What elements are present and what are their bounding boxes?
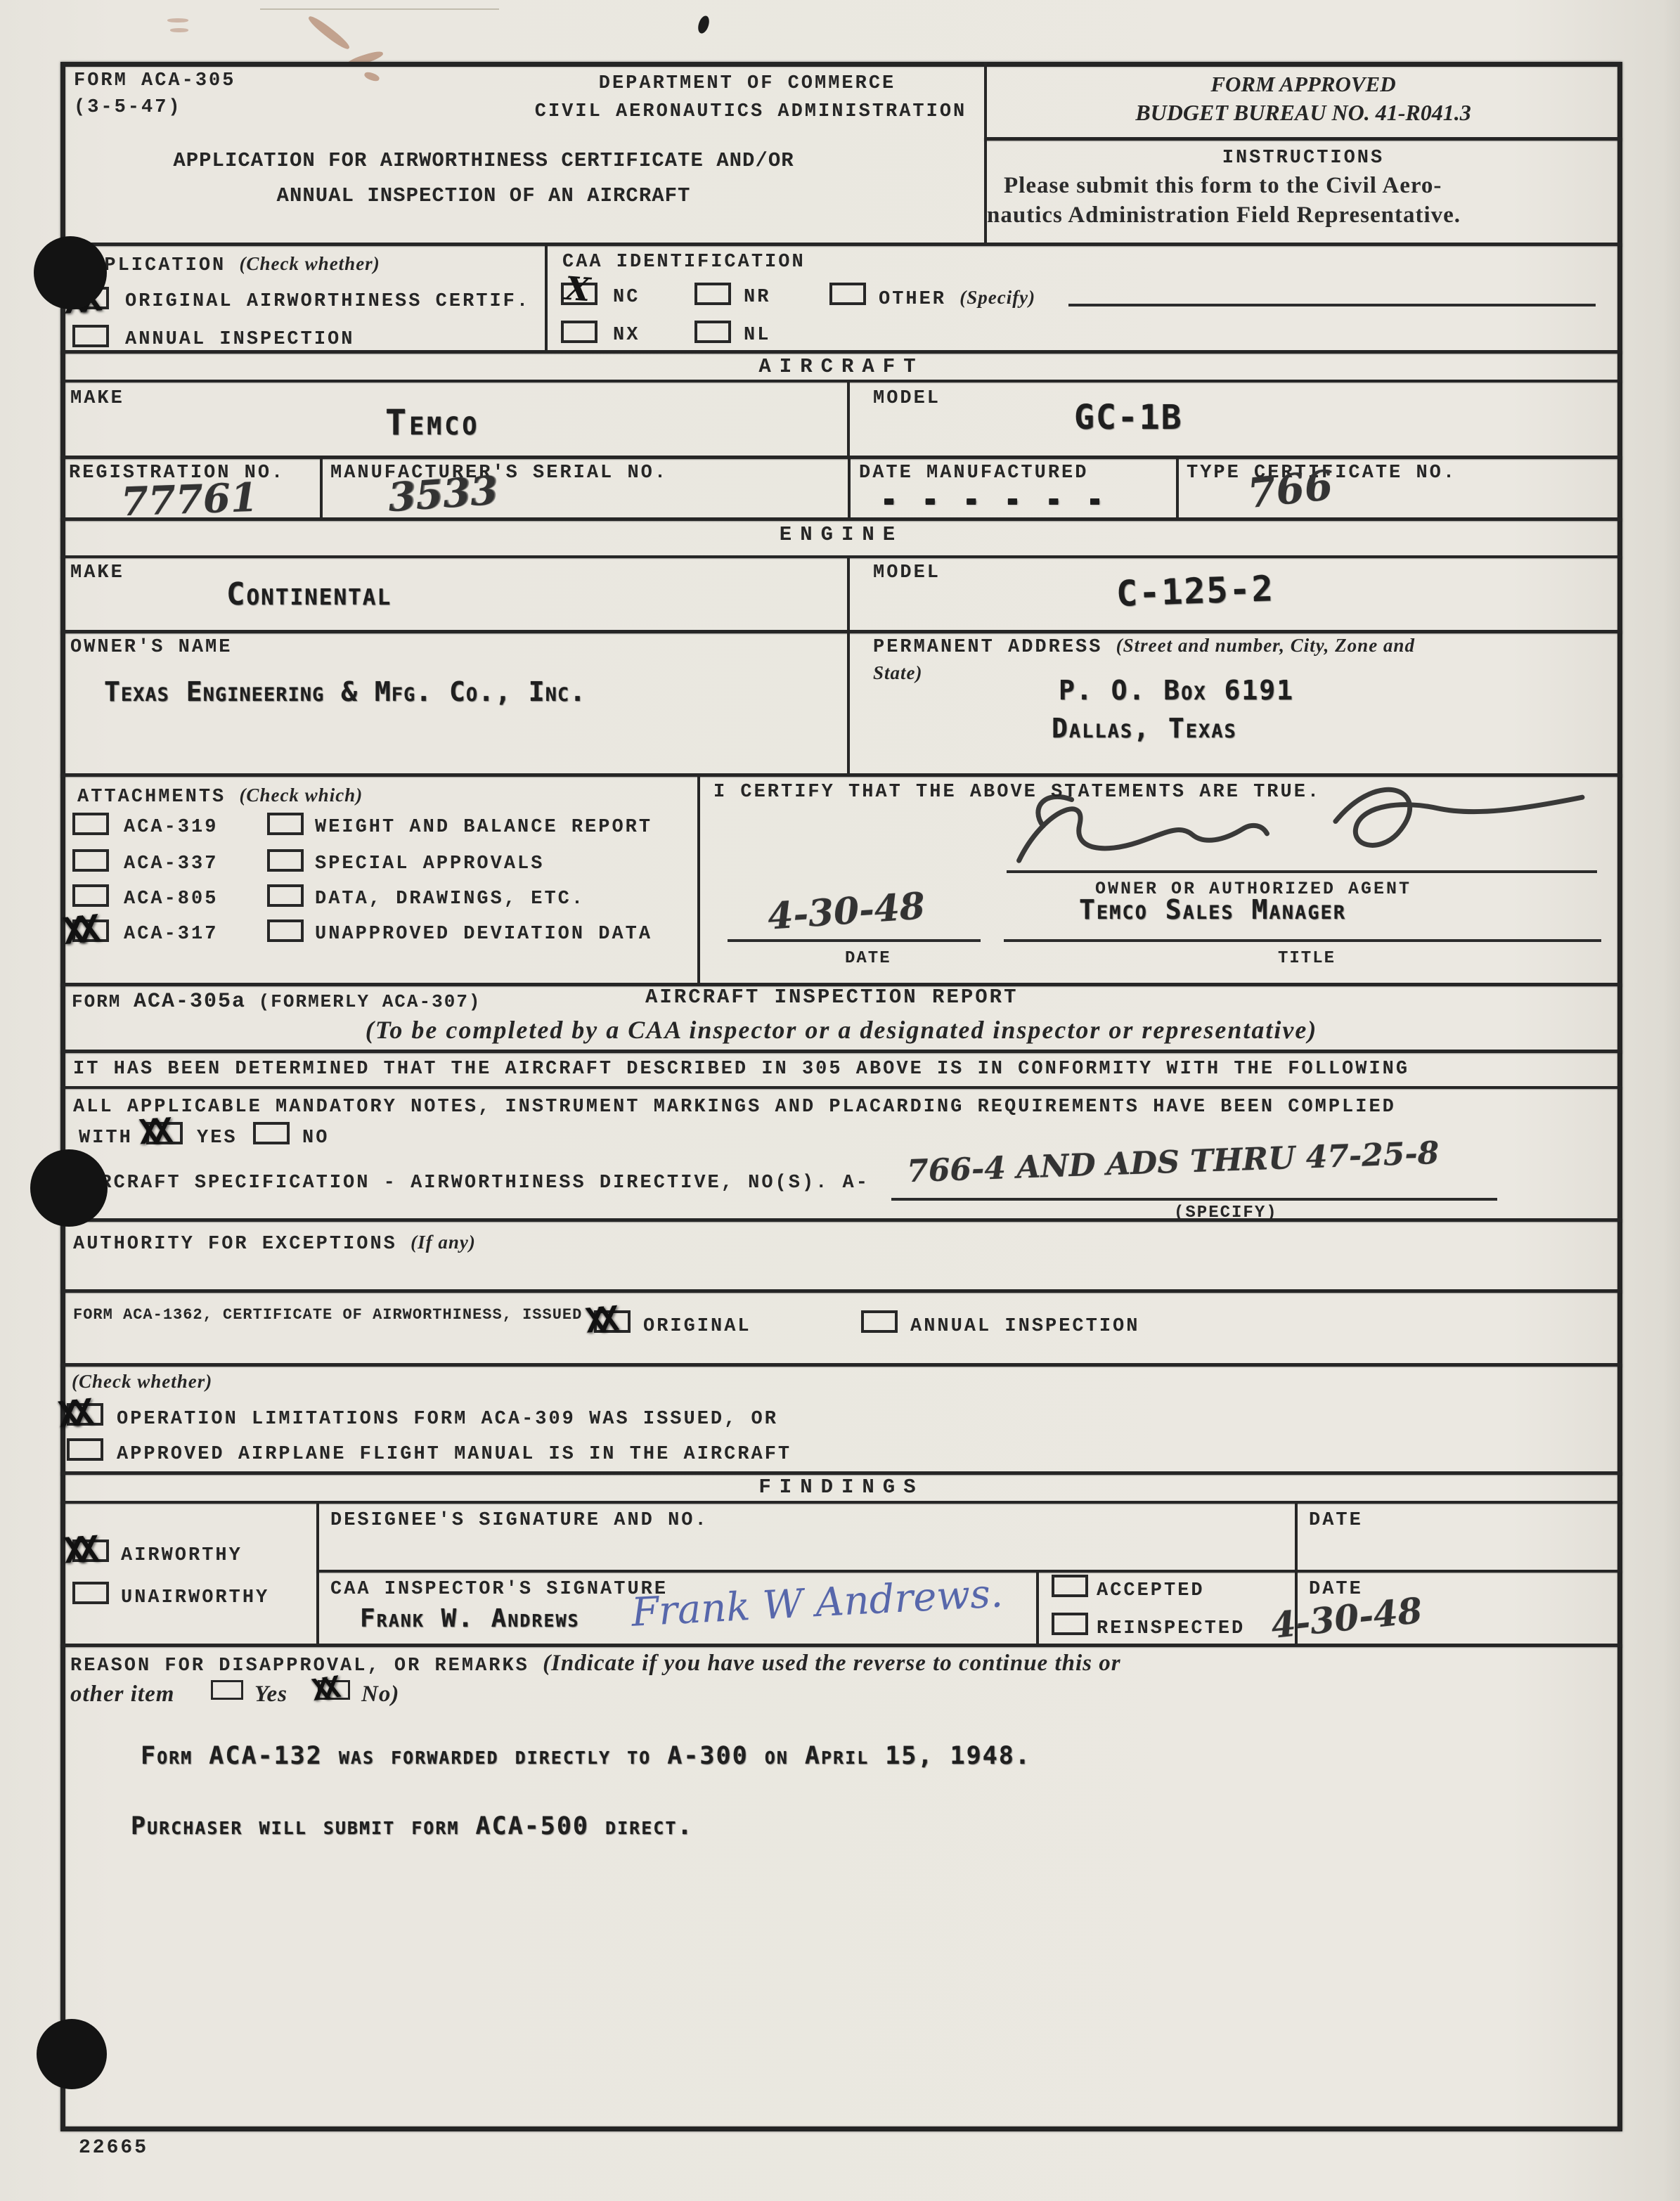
airworthy-check-mark: XX: [63, 1529, 93, 1572]
remarks-yes-label: Yes: [254, 1682, 287, 1708]
unairworthy-label: UNAIRWORTHY: [121, 1587, 269, 1608]
scanned-form-page: FORM ACA-305 (3-5-47) DEPARTMENT OF COMM…: [0, 0, 1680, 2201]
divider: [60, 1644, 1622, 1647]
data-drawings-label: DATA, DRAWINGS, ETC.: [315, 889, 585, 910]
remarks-no-check-mark: XX: [310, 1670, 336, 1708]
inspector-signature-label: CAA INSPECTOR'S SIGNATURE: [330, 1579, 668, 1600]
spec-directive-blank: [891, 1198, 1497, 1201]
complied-no-checkbox: [253, 1122, 290, 1144]
aircraft-make-value: Temco: [385, 402, 479, 443]
other-specify-blank: [1068, 304, 1596, 306]
punch-hole: [30, 1149, 108, 1227]
divider: [60, 1363, 1622, 1367]
authority-exceptions-label: AUTHORITY FOR EXCEPTIONS (If any): [73, 1232, 476, 1255]
divider: [847, 555, 850, 630]
unapproved-deviation-label: UNAPPROVED DEVIATION DATA: [315, 924, 652, 945]
instructions-title: INSTRUCTIONS: [1222, 148, 1384, 169]
owner-name-value: Texas Engineering & Mfg. Co., Inc.: [104, 676, 586, 707]
special-approvals-label: SPECIAL APPROVALS: [315, 853, 544, 874]
divider: [60, 630, 1622, 633]
aca-319-label: ACA-319: [124, 817, 218, 838]
divider: [60, 1501, 1622, 1504]
aircraft-model-value: GC-1B: [1074, 398, 1183, 437]
specify-label: (SPECIFY): [1174, 1203, 1278, 1222]
divider: [847, 630, 850, 773]
nl-checkbox: [694, 321, 731, 343]
nr-checkbox: [694, 283, 731, 305]
aca-805-label: ACA-805: [124, 889, 218, 910]
divider: [848, 456, 851, 517]
nc-check-mark: X: [564, 269, 591, 309]
remarks-typed-line2: Purchaser will submit form ACA-500 direc…: [131, 1812, 693, 1840]
engine-model-label: MODEL: [873, 562, 941, 583]
remarks-yes-checkbox: [211, 1680, 243, 1700]
complied-yes-label: YES: [197, 1128, 238, 1149]
serial-value: 3533: [387, 467, 499, 522]
accepted-label: ACCEPTED: [1097, 1580, 1205, 1601]
date-blank-line: [728, 939, 981, 942]
form-approved-line2: BUDGET BUREAU NO. 41-R041.3: [1135, 100, 1471, 126]
aca-337-label: ACA-337: [124, 853, 218, 874]
engine-make-value: Continental: [226, 576, 392, 612]
divider: [316, 1501, 319, 1644]
divider: [545, 243, 548, 350]
nx-label: NX: [613, 325, 640, 346]
divider: [60, 1086, 1622, 1089]
aca-319-checkbox: [72, 813, 109, 835]
form-number: FORM ACA-305: [74, 70, 235, 91]
rust-smudge: [306, 13, 352, 52]
divider: [60, 243, 1622, 246]
check-whether-note: (Check whether): [72, 1371, 212, 1394]
reinspected-checkbox: [1052, 1613, 1088, 1635]
divider: [60, 350, 1622, 354]
permanent-address-label-line2: State): [873, 662, 923, 685]
aca-317-label: ACA-317: [124, 924, 218, 945]
aca-337-checkbox: [72, 849, 109, 872]
issued-original-label: ORIGINAL: [643, 1316, 751, 1337]
weight-balance-checkbox: [267, 813, 304, 835]
aircraft-make-label: MAKE: [70, 388, 124, 409]
punch-hole: [37, 2019, 107, 2089]
permanent-address-label: PERMANENT ADDRESS (Street and number, Ci…: [873, 635, 1415, 658]
complied-yes-check-mark: XX: [138, 1111, 167, 1153]
divider: [60, 555, 1622, 558]
complied-line: ALL APPLICABLE MANDATORY NOTES, INSTRUME…: [73, 1097, 1396, 1118]
owner-address-line1: P. O. Box 6191: [1059, 675, 1294, 706]
nr-label: NR: [744, 287, 770, 308]
with-label: WITH: [79, 1128, 133, 1149]
inspection-report-subtitle: (To be completed by a CAA inspector or a…: [366, 1015, 1318, 1045]
divider: [60, 1289, 1622, 1293]
form-title-line2: ANNUAL INSPECTION OF AN AIRCRAFT: [277, 184, 691, 207]
department-line1: DEPARTMENT OF COMMERCE: [599, 73, 896, 94]
registration-value: 77761: [120, 475, 259, 526]
engine-section-title: ENGINE: [780, 523, 903, 546]
title-label: TITLE: [1278, 949, 1336, 968]
certificate-issued-label: FORM ACA-1362, CERTIFICATE OF AIRWORTHIN…: [73, 1306, 582, 1324]
annual-inspection-checkbox: [72, 325, 109, 347]
weight-balance-label: WEIGHT AND BALANCE REPORT: [315, 817, 652, 838]
determined-line: IT HAS BEEN DETERMINED THAT THE AIRCRAFT…: [73, 1059, 1409, 1080]
instructions-line2: nautics Administration Field Representat…: [987, 202, 1461, 228]
aircraft-model-label: MODEL: [873, 388, 941, 409]
date-label: DATE: [845, 949, 891, 968]
flight-manual-checkbox: [67, 1438, 103, 1461]
designee-signature-label: DESIGNEE'S SIGNATURE AND NO.: [330, 1510, 709, 1531]
unapproved-deviation-checkbox: [267, 919, 304, 942]
divider: [60, 1218, 1622, 1222]
title-blank-line: [1004, 939, 1601, 942]
divider: [984, 137, 1622, 141]
engine-model-value: C-125-2: [1116, 568, 1275, 614]
aca-317-check-mark: XX: [61, 908, 96, 953]
owner-name-label: OWNER'S NAME: [70, 637, 232, 658]
owner-address-line2: Dallas, Texas: [1052, 713, 1237, 744]
issued-annual-checkbox: [861, 1310, 898, 1333]
ink-speck: [696, 14, 711, 34]
divider: [60, 1050, 1622, 1053]
divider: [847, 380, 850, 456]
divider: [1036, 1570, 1039, 1644]
remarks-typed-line1: Form ACA-132 was forwarded directly to A…: [141, 1742, 1031, 1770]
application-label: APPLICATION (Check whether): [77, 253, 380, 276]
engine-make-label: MAKE: [70, 562, 124, 583]
issued-annual-label: ANNUAL INSPECTION: [910, 1316, 1139, 1337]
spec-directive-label: AIRCRAFT SPECIFICATION - AIRWORTHINESS D…: [73, 1173, 870, 1194]
form-revision: (3-5-47): [74, 97, 182, 118]
rust-smudge: [167, 18, 188, 22]
type-certificate-value: 766: [1246, 461, 1336, 517]
original-airworthiness-label: ORIGINAL AIRWORTHINESS CERTIF.: [125, 291, 530, 312]
accepted-checkbox: [1052, 1575, 1088, 1597]
sheet-number: 22665: [79, 2137, 148, 2159]
inspection-form-number: FORM ACA-305a (FORMERLY ACA-307): [72, 990, 482, 1014]
date-manufactured-label: DATE MANUFACTURED: [859, 463, 1088, 484]
findings-date-label-top: DATE: [1309, 1510, 1363, 1531]
divider: [60, 517, 1622, 521]
special-approvals-checkbox: [267, 849, 304, 872]
nx-checkbox: [561, 321, 597, 343]
owner-signature-line: [1007, 870, 1597, 873]
form-title-line1: APPLICATION FOR AIRWORTHINESS CERTIFICAT…: [173, 149, 794, 172]
remarks-note-line2: other item: [70, 1682, 174, 1708]
reinspected-label: REINSPECTED: [1097, 1618, 1245, 1639]
airworthy-label: AIRWORTHY: [121, 1545, 243, 1566]
unairworthy-checkbox: [72, 1582, 109, 1604]
operation-limitations-label: OPERATION LIMITATIONS FORM ACA-309 WAS I…: [117, 1409, 778, 1430]
inspection-report-title: AIRCRAFT INSPECTION REPORT: [645, 986, 1018, 1009]
nl-label: NL: [744, 325, 770, 346]
punch-hole: [34, 236, 107, 309]
divider: [697, 773, 700, 983]
issued-original-check-mark: XX: [584, 1299, 614, 1341]
divider: [1176, 456, 1179, 517]
certification-title-value: Temco Sales Manager: [1079, 894, 1346, 925]
data-drawings-checkbox: [267, 884, 304, 907]
complied-no-label: NO: [302, 1128, 329, 1149]
divider: [320, 456, 323, 517]
flight-manual-label: APPROVED AIRPLANE FLIGHT MANUAL IS IN TH…: [117, 1444, 791, 1465]
other-label: OTHER (Specify): [879, 287, 1035, 310]
other-checkbox: [829, 283, 866, 305]
annual-inspection-label: ANNUAL INSPECTION: [125, 329, 354, 350]
findings-section-title: FINDINGS: [758, 1476, 924, 1499]
rust-smudge: [170, 28, 188, 32]
instructions-line1: Please submit this form to the Civil Aer…: [1004, 173, 1442, 199]
aca-805-checkbox: [72, 884, 109, 907]
pencil-line: [260, 8, 499, 10]
divider: [60, 380, 1622, 382]
caa-identification-label: CAA IDENTIFICATION: [562, 252, 806, 273]
attachments-label: ATTACHMENTS (Check which): [77, 785, 363, 808]
serial-label: MANUFACTURER'S SERIAL NO.: [330, 463, 668, 484]
nc-label: NC: [613, 287, 640, 308]
department-line2: CIVIL AERONAUTICS ADMINISTRATION: [535, 101, 967, 122]
form-approved-line1: FORM APPROVED: [1210, 72, 1395, 97]
remarks-no-label: No): [361, 1682, 399, 1708]
inspector-typed-name: Frank W. Andrews: [360, 1604, 580, 1633]
divider: [60, 1471, 1622, 1475]
remarks-label: REASON FOR DISAPPROVAL, OR REMARKS (Indi…: [70, 1651, 1121, 1677]
date-manufactured-value: - - - - - -: [880, 482, 1106, 517]
aircraft-section-title: AIRCRAFT: [758, 355, 924, 378]
operation-limitations-check-mark: XX: [56, 1392, 89, 1435]
divider: [60, 456, 1622, 459]
